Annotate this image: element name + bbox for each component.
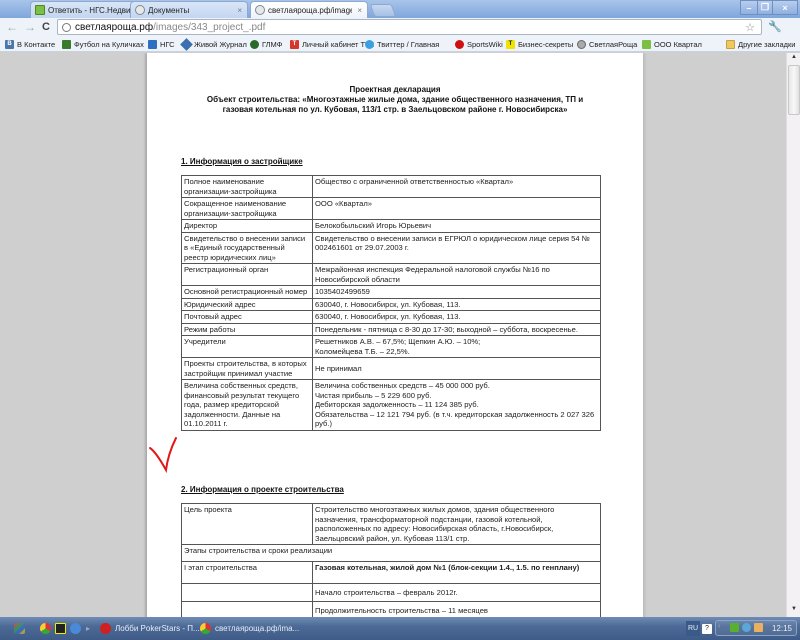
row-value: ООО «Квартал» xyxy=(313,198,601,220)
row-label: Регистрационный орган xyxy=(182,264,313,286)
table-row: Цель проекта Строительство многоэтажных … xyxy=(182,504,601,545)
clock[interactable]: 12:15 xyxy=(772,624,792,633)
vk-icon: B xyxy=(5,40,14,49)
pokerstars-icon xyxy=(100,623,111,634)
ngs-icon xyxy=(148,40,157,49)
tab-documents[interactable]: Документы × xyxy=(130,1,248,18)
table-row: Почтовый адрес630040, г. Новосибирск, ул… xyxy=(182,311,601,324)
quicklaunch-chrome[interactable] xyxy=(40,621,55,636)
row-value: Начало строительства – февраль 2012г. xyxy=(313,584,601,602)
empty-cell xyxy=(182,584,313,602)
quicklaunch-expand[interactable]: ▸ xyxy=(86,621,90,636)
bookmark-vkontakte[interactable]: BВ Контакте xyxy=(5,38,55,50)
table-row: Начало строительства – февраль 2012г. xyxy=(182,584,601,602)
twitter-icon xyxy=(365,40,374,49)
title-line: Объект строительства: «Многоэтажные жилы… xyxy=(147,95,643,105)
bookmark-ttk[interactable]: TЛичный кабинет ТТК xyxy=(290,38,374,50)
pdf-viewer[interactable]: Проектная декларация Объект строительств… xyxy=(0,53,800,617)
address-path: /images/343_project_.pdf xyxy=(153,22,265,33)
row-value: 1035402499659 xyxy=(313,286,601,299)
title-line: Проектная декларация xyxy=(147,85,643,95)
start-button[interactable] xyxy=(14,621,29,636)
browser-toolbar: ← → C светлаяроща.рф/images/343_project_… xyxy=(0,18,800,36)
row-label: Юридический адрес xyxy=(182,298,313,311)
address-bar[interactable]: светлаяроща.рф/images/343_project_.pdf ☆ xyxy=(57,19,762,35)
table-row: УчредителиРешетников А.В. – 67,5%; Щепки… xyxy=(182,336,601,358)
taskbar-item-chrome[interactable]: светлаяроща.рф/ima... xyxy=(200,621,295,636)
other-bookmarks-button[interactable]: Другие закладки xyxy=(726,38,795,50)
scroll-up-arrow-icon[interactable]: ▲ xyxy=(788,54,800,64)
wrench-icon[interactable]: 🔧 xyxy=(768,20,782,33)
bookmark-star-icon[interactable]: ☆ xyxy=(745,21,755,34)
bookmark-label: Другие закладки xyxy=(738,40,795,49)
table-row: Продолжительность строительства – 11 мес… xyxy=(182,602,601,618)
bookmark-label: Твиттер / Главная xyxy=(377,40,439,49)
browser-titlebar: Ответить - НГС.Недвижимос × Документы × … xyxy=(0,0,800,18)
scroll-thumb[interactable] xyxy=(788,65,800,115)
globe-icon xyxy=(62,23,71,32)
tab-label: Документы xyxy=(148,6,232,15)
row-value: Свидетельство о внесении записи в ЕГРЮЛ … xyxy=(313,232,601,264)
football-icon xyxy=(62,40,71,49)
bookmark-label: SportsWiki xyxy=(467,40,503,49)
row-value: 630040, г. Новосибирск, ул. Кубовая, 113… xyxy=(313,311,601,324)
ttk-icon: T xyxy=(290,40,299,49)
table-row: Свидетельство о внесении записи в «Едины… xyxy=(182,232,601,264)
back-button[interactable]: ← xyxy=(6,20,18,34)
section-heading-developer: 1. Информация о застройщике xyxy=(181,157,303,166)
taskbar-item-label: светлаяроща.рф/ima... xyxy=(215,624,299,633)
volume-icon[interactable] xyxy=(754,623,763,632)
row-value: Не принимал xyxy=(313,358,601,380)
row-value: Решетников А.В. – 67,5%; Щепкин А.Ю. – 1… xyxy=(313,336,601,358)
row-label: Учредители xyxy=(182,336,313,358)
green-house-icon xyxy=(642,40,651,49)
tab-pdf[interactable]: светлаяроща.рф/images/343 × xyxy=(250,1,368,18)
quicklaunch-app[interactable] xyxy=(55,621,70,636)
row-label: Почтовый адрес xyxy=(182,311,313,324)
livejournal-icon xyxy=(180,38,193,51)
bookmark-kvartal[interactable]: ООО Квартал xyxy=(642,38,702,50)
internet-explorer-icon xyxy=(70,623,81,634)
row-value: 630040, г. Новосибирск, ул. Кубовая, 113… xyxy=(313,298,601,311)
chrome-icon xyxy=(40,623,51,634)
business-icon: T xyxy=(506,40,515,49)
row-label: Режим работы xyxy=(182,323,313,336)
row-value: Строительство многоэтажных жилых домов, … xyxy=(313,504,601,545)
bookmarks-bar: BВ Контакте Футбол на Куличках НГС Живой… xyxy=(0,36,800,52)
minimize-button[interactable]: – xyxy=(740,0,758,15)
bookmark-label: Футбол на Куличках xyxy=(74,40,144,49)
row-label: Свидетельство о внесении записи в «Едины… xyxy=(182,232,313,264)
green-house-icon xyxy=(35,5,45,15)
empty-cell xyxy=(182,602,313,618)
project-info-table: Цель проекта Строительство многоэтажных … xyxy=(181,503,601,617)
bookmark-label: НГС xyxy=(160,40,175,49)
help-icon[interactable]: ? xyxy=(702,621,712,636)
address-host: светлаяроща.рф xyxy=(75,22,153,33)
table-row: Режим работыПонедельник - пятница с 8-30… xyxy=(182,323,601,336)
tab-close-button[interactable]: × xyxy=(357,6,362,15)
table-row: Проекты строительства, в которых застрой… xyxy=(182,358,601,380)
row-label: Проекты строительства, в которых застрой… xyxy=(182,358,313,380)
bookmark-label: В Контакте xyxy=(17,40,55,49)
scroll-down-arrow-icon[interactable]: ▼ xyxy=(788,606,800,616)
system-tray: ‹ 12:15 xyxy=(715,620,797,636)
globe-icon xyxy=(577,40,586,49)
section-heading-project: 2. Информация о проекте строительства xyxy=(181,485,344,494)
windows-taskbar: ▸ Лобби PokerStars - П... светлаяроща.рф… xyxy=(0,617,800,640)
red-checkmark-annotation xyxy=(148,436,182,476)
row-value: Величина собственных средств – 45 000 00… xyxy=(313,380,601,431)
soccer-ball-icon xyxy=(250,40,259,49)
bookmark-twitter[interactable]: Твиттер / Главная xyxy=(365,38,439,50)
bookmark-business-secrets[interactable]: TБизнес-секреты xyxy=(506,38,573,50)
tab-label: светлаяроща.рф/images/343 xyxy=(268,6,352,15)
row-label: I этап строительства xyxy=(182,562,313,584)
new-tab-button[interactable] xyxy=(370,4,397,17)
close-window-button[interactable]: × xyxy=(772,0,798,15)
language-indicator[interactable]: RU xyxy=(686,621,700,636)
windows-logo-icon xyxy=(14,623,25,634)
table-row: I этап строительства Газовая котельная, … xyxy=(182,562,601,584)
row-label: Величина собственных средств, финансовый… xyxy=(182,380,313,431)
network-icon[interactable] xyxy=(742,623,751,632)
bookmark-ngs[interactable]: НГС xyxy=(148,38,175,50)
row-label: Сокращенное наименование организации-зас… xyxy=(182,198,313,220)
chrome-icon xyxy=(200,623,211,634)
row-label: Цель проекта xyxy=(182,504,313,545)
bookmark-label: ООО Квартал xyxy=(654,40,702,49)
table-row: Этапы строительства и сроки реализации xyxy=(182,545,601,562)
table-row: ДиректорБелокобыльский Игорь Юрьевич xyxy=(182,220,601,233)
app-icon xyxy=(55,623,66,634)
security-icon[interactable] xyxy=(730,623,739,632)
row-value: Продолжительность строительства – 11 мес… xyxy=(313,602,601,618)
table-row: Основной регистрационный номер1035402499… xyxy=(182,286,601,299)
globe-icon xyxy=(135,5,145,15)
bookmark-label: ГЛМФ xyxy=(262,40,282,49)
document-title: Проектная декларация Объект строительств… xyxy=(147,85,643,115)
bookmark-svetlaya-roscha[interactable]: СветлаяРоща xyxy=(577,38,637,50)
bookmark-sportswiki[interactable]: SportsWiki xyxy=(455,38,503,50)
row-label: Полное наименование организации-застройщ… xyxy=(182,176,313,198)
title-line: газовая котельная по ул. Кубовая, 113/1 … xyxy=(147,105,643,115)
taskbar-item-label: Лобби PokerStars - П... xyxy=(115,624,200,633)
table-row: Юридический адрес630040, г. Новосибирск,… xyxy=(182,298,601,311)
row-label: Директор xyxy=(182,220,313,233)
reload-button[interactable]: C xyxy=(42,20,50,34)
row-value: Белокобыльский Игорь Юрьевич xyxy=(313,220,601,233)
folder-icon xyxy=(726,40,735,49)
vertical-scrollbar[interactable]: ▲ ▼ xyxy=(786,53,800,617)
bookmark-label: Живой Журнал xyxy=(194,40,247,49)
globe-icon xyxy=(255,5,265,15)
table-row: Регистрационный органМежрайонная инспекц… xyxy=(182,264,601,286)
row-value: Общество с ограниченной ответственностью… xyxy=(313,176,601,198)
table-row: Сокращенное наименование организации-зас… xyxy=(182,198,601,220)
row-value: Межрайонная инспекция Федеральной налого… xyxy=(313,264,601,286)
bookmark-glmf[interactable]: ГЛМФ xyxy=(250,38,282,50)
row-label: Основной регистрационный номер xyxy=(182,286,313,299)
bookmark-livejournal[interactable]: Живой Журнал xyxy=(182,38,247,50)
row-value: Понедельник - пятница с 8-30 до 17-30; в… xyxy=(313,323,601,336)
bookmark-label: СветлаяРоща xyxy=(589,40,637,49)
table-row: Величина собственных средств, финансовый… xyxy=(182,380,601,431)
bookmark-label: Бизнес-секреты xyxy=(518,40,573,49)
row-value: Газовая котельная, жилой дом №1 (блок-се… xyxy=(313,562,601,584)
developer-info-table: Полное наименование организации-застройщ… xyxy=(181,175,601,431)
taskbar-item-pokerstars[interactable]: Лобби PokerStars - П... xyxy=(100,621,195,636)
pdf-page: Проектная декларация Объект строительств… xyxy=(147,53,643,617)
quicklaunch-ie[interactable] xyxy=(70,621,85,636)
tab-label: Ответить - НГС.Недвижимос xyxy=(48,6,132,15)
red-ball-icon xyxy=(455,40,464,49)
tab-close-button[interactable]: × xyxy=(237,6,242,15)
table-row: Полное наименование организации-застройщ… xyxy=(182,176,601,198)
tray-expand-icon[interactable]: ‹ xyxy=(718,623,720,630)
restore-button[interactable]: ❐ xyxy=(757,0,773,15)
bookmark-football[interactable]: Футбол на Куличках xyxy=(62,38,144,50)
stages-heading: Этапы строительства и сроки реализации xyxy=(182,545,601,562)
bookmark-label: Личный кабинет ТТК xyxy=(302,40,374,49)
forward-button[interactable]: → xyxy=(24,20,36,34)
